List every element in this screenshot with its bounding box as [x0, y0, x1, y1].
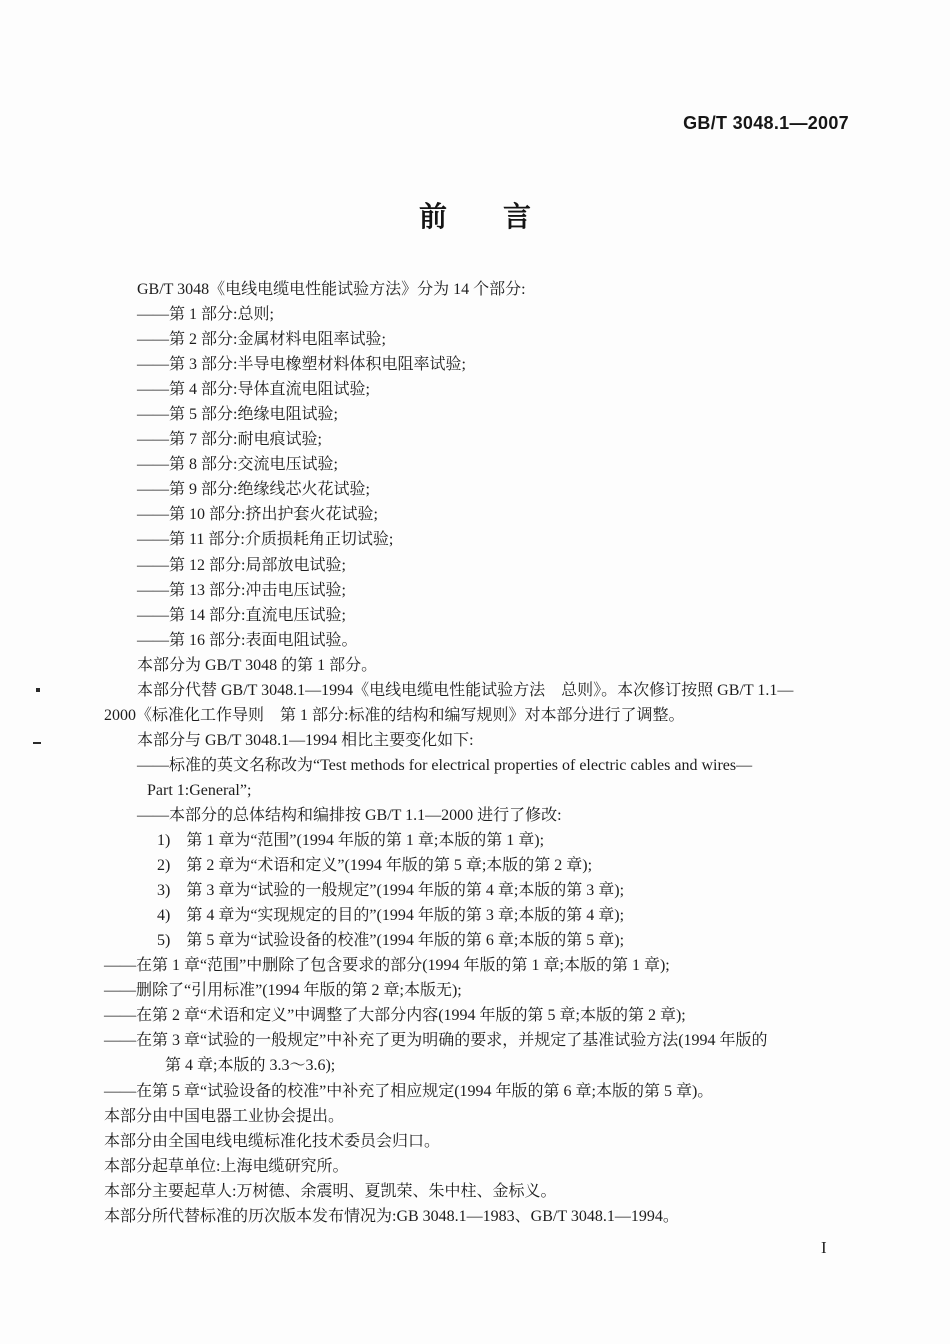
- body-lines: GB/T 3048《电线电缆电性能试验方法》分为 14 个部分:——第 1 部分…: [104, 277, 884, 1229]
- body-line: 2) 第 2 章为“术语和定义”(1994 年版的第 5 章;本版的第 2 章)…: [157, 853, 884, 878]
- body-line: ——第 11 部分:介质损耗角正切试验;: [137, 527, 884, 552]
- standard-code-header: GB/T 3048.1—2007: [683, 113, 849, 134]
- body-line: ——本部分的总体结构和编排按 GB/T 1.1—2000 进行了修改:: [137, 803, 884, 828]
- body-line: 本部分由全国电线电缆标准化技术委员会归口。: [104, 1129, 884, 1154]
- body-line: ——第 14 部分:直流电压试验;: [137, 603, 884, 628]
- body-line: 本部分与 GB/T 3048.1—1994 相比主要变化如下:: [137, 728, 884, 753]
- body-line: ——第 3 部分:半导电橡塑材料体积电阻率试验;: [137, 352, 884, 377]
- body-line: ——第 5 部分:绝缘电阻试验;: [137, 402, 884, 427]
- body-line: ——第 12 部分:局部放电试验;: [137, 553, 884, 578]
- body-line: ——第 4 部分:导体直流电阻试验;: [137, 377, 884, 402]
- page-title: 前 言: [0, 195, 950, 235]
- body-line: ——第 2 部分:金属材料电阻率试验;: [137, 327, 884, 352]
- body-line: ——第 10 部分:挤出护套火花试验;: [137, 502, 884, 527]
- body-line: ——第 1 部分:总则;: [137, 302, 884, 327]
- body-line: ——第 9 部分:绝缘线芯火花试验;: [137, 477, 884, 502]
- body-line: ——第 7 部分:耐电痕试验;: [137, 427, 884, 452]
- body-line: ——第 13 部分:冲击电压试验;: [137, 578, 884, 603]
- document-page: GB/T 3048.1—2007 前 言 GB/T 3048《电线电缆电性能试验…: [0, 0, 950, 1344]
- body-line: 3) 第 3 章为“试验的一般规定”(1994 年版的第 4 章;本版的第 3 …: [157, 878, 884, 903]
- body-line: 2000《标准化工作导则 第 1 部分:标准的结构和编写规则》对本部分进行了调整…: [104, 703, 884, 728]
- body-line: ——在第 2 章“术语和定义”中调整了大部分内容(1994 年版的第 5 章;本…: [104, 1003, 884, 1028]
- margin-speck-dot: [36, 688, 40, 692]
- body-line: Part 1:General”;: [147, 778, 884, 803]
- margin-speck-dash: [33, 742, 41, 744]
- body-line: ——在第 3 章“试验的一般规定”中补充了更为明确的要求，并规定了基准试验方法(…: [104, 1028, 884, 1053]
- body-line: ——在第 1 章“范围”中删除了包含要求的部分(1994 年版的第 1 章;本版…: [104, 953, 884, 978]
- body-line: GB/T 3048《电线电缆电性能试验方法》分为 14 个部分:: [137, 277, 884, 302]
- body-line: ——标准的英文名称改为“Test methods for electrical …: [137, 753, 884, 778]
- body-line: 本部分起草单位:上海电缆研究所。: [104, 1154, 884, 1179]
- body-line: 本部分由中国电器工业协会提出。: [104, 1104, 884, 1129]
- page-number: I: [821, 1238, 827, 1258]
- body-line: 本部分代替 GB/T 3048.1—1994《电线电缆电性能试验方法 总则》。本…: [137, 678, 884, 703]
- body-line: ——删除了“引用标准”(1994 年版的第 2 章;本版无);: [104, 978, 884, 1003]
- body-line: ——第 16 部分:表面电阻试验。: [137, 628, 884, 653]
- body-line: 4) 第 4 章为“实现规定的目的”(1994 年版的第 3 章;本版的第 4 …: [157, 903, 884, 928]
- body-line: ——在第 5 章“试验设备的校准”中补充了相应规定(1994 年版的第 6 章;…: [104, 1079, 884, 1104]
- body-line: 本部分主要起草人:万树德、余震明、夏凯荣、朱中柱、金标义。: [104, 1179, 884, 1204]
- body-line: 本部分所代替标准的历次版本发布情况为:GB 3048.1—1983、GB/T 3…: [104, 1204, 884, 1229]
- body-line: 1) 第 1 章为“范围”(1994 年版的第 1 章;本版的第 1 章);: [157, 828, 884, 853]
- body-line: 5) 第 5 章为“试验设备的校准”(1994 年版的第 6 章;本版的第 5 …: [157, 928, 884, 953]
- body-line: ——第 8 部分:交流电压试验;: [137, 452, 884, 477]
- body-line: 第 4 章;本版的 3.3～3.6);: [165, 1053, 884, 1078]
- body-line: 本部分为 GB/T 3048 的第 1 部分。: [137, 653, 884, 678]
